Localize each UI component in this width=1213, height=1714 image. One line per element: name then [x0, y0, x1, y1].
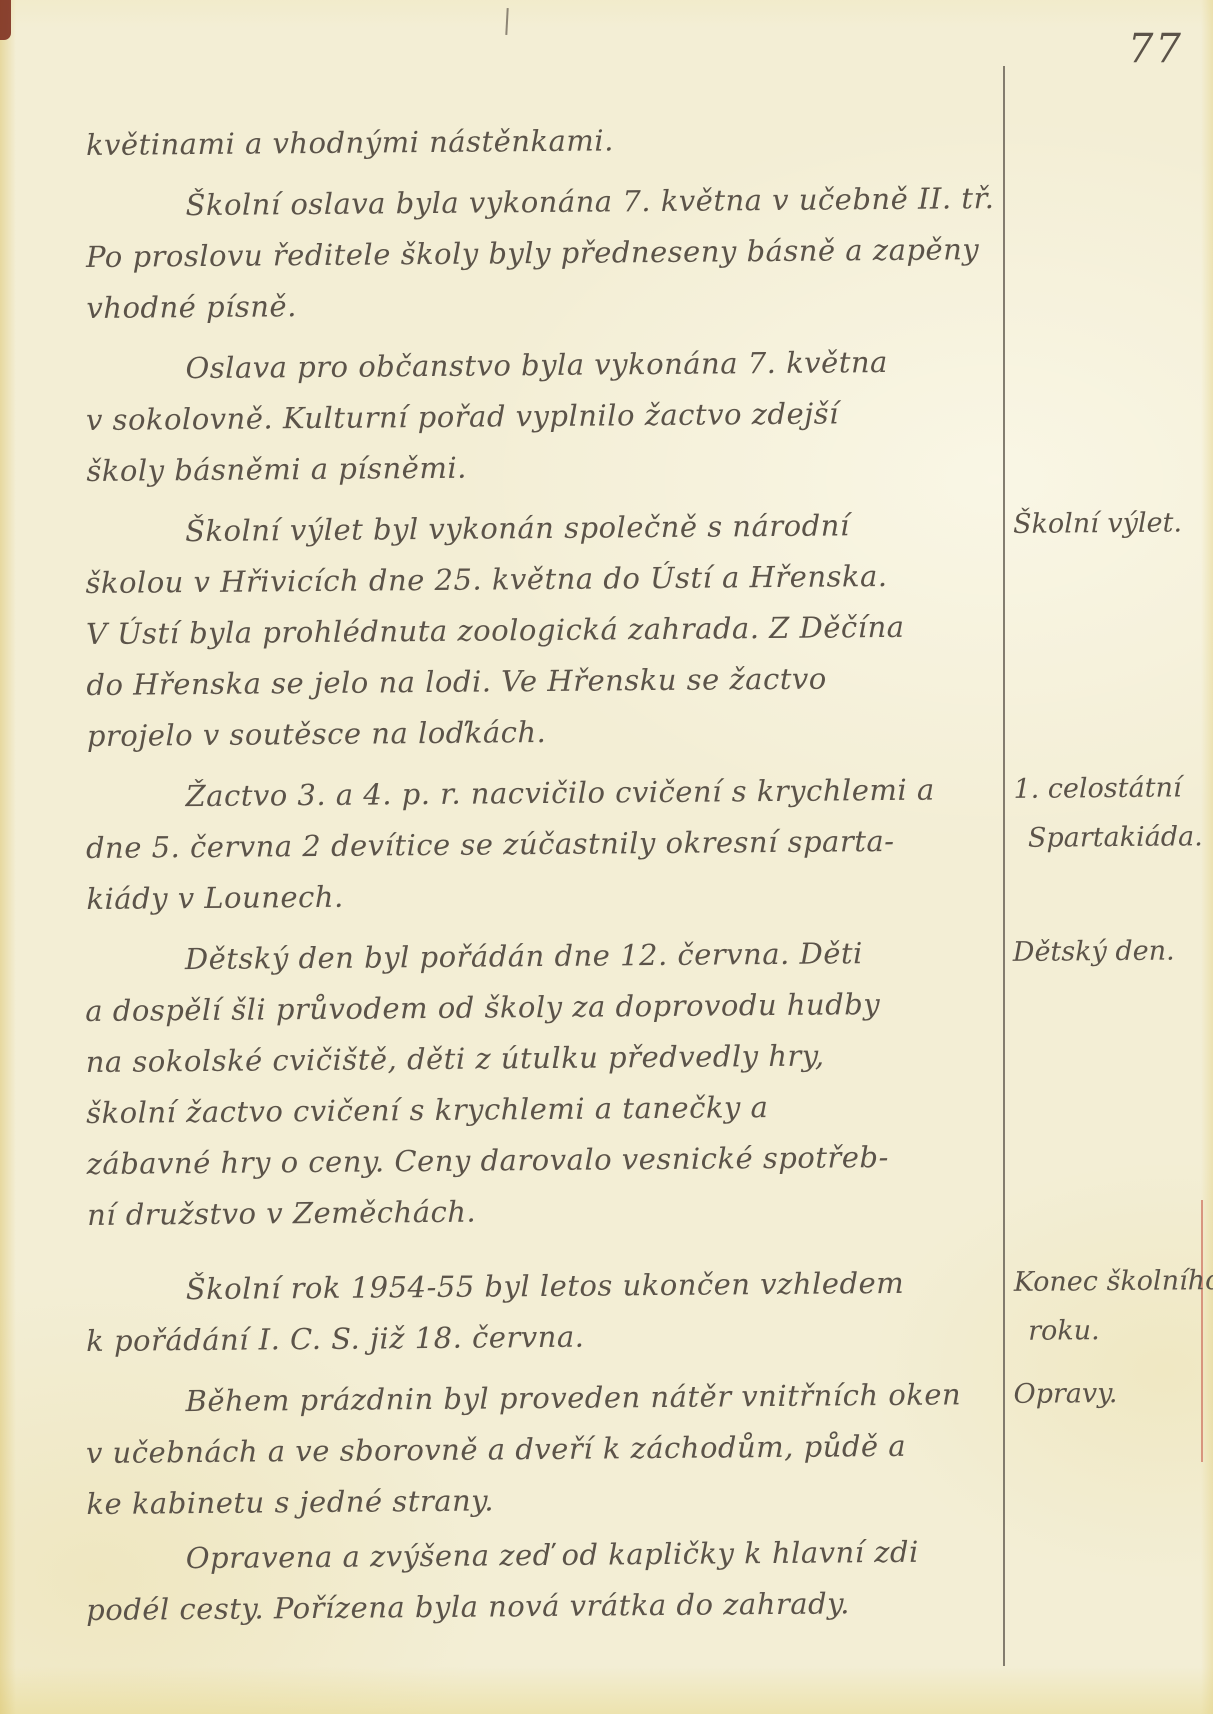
- paragraph: Během prázdnin byl proveden nátěr vnitřn…: [85, 1369, 1006, 1530]
- paragraph: Žactvo 3. a 4. p. r. nacvičilo cvičení s…: [85, 764, 1006, 925]
- pen-stray-mark: [505, 8, 508, 35]
- page-number: 77: [1128, 26, 1183, 72]
- paragraph: Dětský den byl pořádán dne 12. června. D…: [85, 927, 1008, 1241]
- text-line: Školní rok 1954-55 byl letos ukončen vzh…: [86, 1257, 1006, 1316]
- paragraph: Opravena a zvýšena zeď od kapličky k hla…: [86, 1526, 1007, 1636]
- margin-note: Školní výlet.: [1013, 498, 1213, 549]
- text-line: podél cesty. Pořízena byla nová vrátka d…: [86, 1577, 1006, 1636]
- text-line: Oslava pro občanstvo byla vykonána 7. kv…: [85, 336, 1005, 395]
- text-line: k pořádání I. C. S. již 18. června.: [86, 1308, 1006, 1367]
- margin-note-line: Spartakiáda.: [1014, 812, 1213, 863]
- text-line: v sokolovně. Kulturní pořad vyplnilo žac…: [86, 387, 1006, 446]
- margin-note: Dětský den.: [1013, 926, 1213, 977]
- margin-note-line: roku.: [1014, 1305, 1213, 1356]
- text-line: ní družstvo v Zeměchách.: [87, 1182, 1007, 1241]
- text-line: Opravena a zvýšena zeď od kapličky k hla…: [86, 1526, 1006, 1585]
- text-line: na sokolské cvičiště, děti z útulku před…: [86, 1029, 1006, 1088]
- text-line: v učebnách a ve sborovně a dveří k zácho…: [86, 1420, 1006, 1479]
- text-line: Během prázdnin byl proveden nátěr vnitřn…: [85, 1369, 1005, 1428]
- text-line: projelo v soutěsce na loďkách.: [87, 703, 1007, 762]
- text-line: ke kabinetu s jedné strany.: [86, 1471, 1006, 1530]
- text-line: Žactvo 3. a 4. p. r. nacvičilo cvičení s…: [85, 764, 1005, 823]
- text-line: květinami a vhodnými nástěnkami.: [86, 112, 1006, 171]
- margin-note: Opravy.: [1013, 1368, 1213, 1419]
- margin-note-line: Dětský den.: [1013, 926, 1213, 977]
- margin-note-line: Školní výlet.: [1013, 498, 1213, 549]
- paragraph: Oslava pro občanstvo byla vykonána 7. kv…: [85, 336, 1006, 497]
- margin-note-line: 1. celostátní: [1013, 763, 1213, 814]
- text-line: Dětský den byl pořádán dne 12. června. D…: [85, 927, 1005, 986]
- handwritten-text-column: květinami a vhodnými nástěnkami.Školní o…: [86, 120, 1006, 1646]
- text-line: školy básněmi a písněmi.: [86, 438, 1006, 497]
- text-line: vhodné písně.: [86, 275, 1006, 334]
- text-line: školní žactvo cvičení s krychlemi a tane…: [86, 1080, 1006, 1139]
- paragraph: květinami a vhodnými nástěnkami.: [86, 112, 1006, 171]
- text-line: Školní výlet byl vykonán společně s náro…: [85, 499, 1005, 558]
- text-line: kiády v Lounech.: [86, 866, 1006, 925]
- paragraph: Školní rok 1954-55 byl letos ukončen vzh…: [86, 1257, 1007, 1367]
- paragraph: Školní oslava byla vykonána 7. května v …: [85, 173, 1006, 334]
- margin-note-line: Opravy.: [1013, 1368, 1213, 1419]
- margin-note-line: Konec školního: [1014, 1256, 1213, 1307]
- text-line: V Ústí byla prohlédnuta zoologická zahra…: [86, 601, 1006, 660]
- text-line: Školní oslava byla vykonána 7. května v …: [85, 173, 1005, 232]
- text-line: dne 5. června 2 devítice se zúčastnily o…: [86, 815, 1006, 874]
- paragraph: Školní výlet byl vykonán společně s náro…: [85, 499, 1007, 762]
- text-line: do Hřenska se jelo na lodi. Ve Hřensku s…: [86, 652, 1006, 711]
- corner-stain: [0, 0, 11, 40]
- margin-note: Konec školníhoroku.: [1014, 1256, 1213, 1356]
- text-line: školou v Hřivicích dne 25. května do Úst…: [85, 550, 1005, 609]
- text-line: Po proslovu ředitele školy byly přednese…: [86, 224, 1006, 283]
- text-line: a dospělí šli průvodem od školy za dopro…: [85, 978, 1005, 1037]
- chronicle-page: 77 květinami a vhodnými nástěnkami.Školn…: [0, 0, 1213, 1714]
- margin-note: 1. celostátníSpartakiáda.: [1013, 763, 1213, 863]
- text-line: zábavné hry o ceny. Ceny darovalo vesnic…: [86, 1131, 1006, 1190]
